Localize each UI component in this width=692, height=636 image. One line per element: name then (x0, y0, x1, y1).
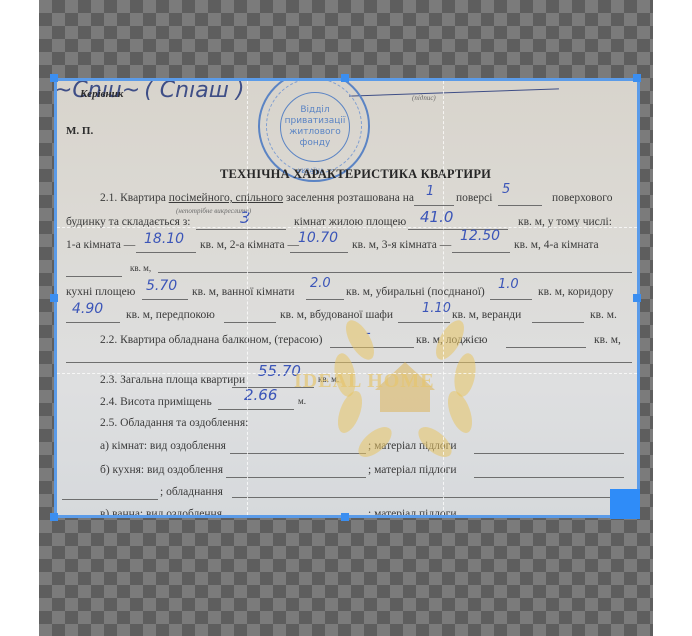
grid-line-h2 (57, 373, 637, 374)
grid-line-h1 (57, 227, 637, 228)
crop-handle-bottom-center[interactable] (341, 513, 349, 521)
crop-handle-middle-left[interactable] (50, 294, 58, 302)
grid-line-v1 (247, 81, 248, 515)
crop-handle-middle-right[interactable] (633, 294, 641, 302)
crop-box[interactable] (54, 78, 640, 518)
grid-line-v2 (443, 81, 444, 515)
crop-handle-top-center[interactable] (341, 74, 349, 82)
crop-handle-top-right[interactable] (633, 74, 641, 82)
crop-handle-bottom-left[interactable] (50, 513, 58, 521)
crop-handle-bottom-right[interactable] (610, 489, 640, 519)
crop-handle-top-left[interactable] (50, 74, 58, 82)
